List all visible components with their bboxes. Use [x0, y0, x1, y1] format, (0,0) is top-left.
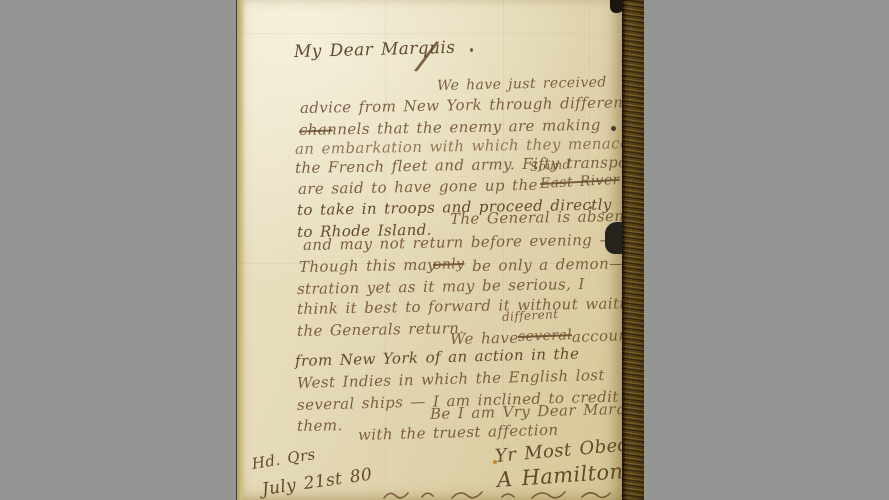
letter-line: We have just received [437, 74, 607, 94]
letter-line: advice from New York through different [300, 93, 622, 117]
book-binding-edge [622, 0, 644, 500]
inserted-word-different: different [502, 307, 559, 324]
closing-line: with the truest affection [358, 421, 559, 444]
cut-off-writing [382, 488, 622, 500]
ink-speck [589, 206, 592, 209]
date-line: July 21st 80 [261, 465, 374, 500]
struck-word: only [433, 256, 465, 273]
manuscript-photo: My Dear Marquis / We have just received … [0, 0, 889, 500]
letter-line: the Generals return. [297, 319, 465, 340]
inserted-word-sound: Sound [530, 157, 571, 174]
letter-line: accounts [572, 326, 622, 346]
struck-word: several [518, 327, 573, 345]
letter-line: think it best to forward it without wait… [297, 294, 622, 318]
letter-line: be only a demon— [472, 254, 622, 275]
letter-line: West Indies in which the English lost [297, 366, 605, 392]
ink-speck [470, 48, 473, 52]
letter-line: We have [450, 329, 519, 348]
dark-corner-mark [610, 0, 622, 13]
orange-speck [493, 460, 497, 464]
letter-line: stration yet as it may be serious, I [297, 275, 585, 298]
ink-blot [605, 222, 622, 254]
page-left-edge [237, 0, 245, 500]
letter-line: The General is absent [450, 207, 622, 228]
place-line: Hd. Qrs [251, 445, 317, 473]
letter-line: them. [297, 416, 343, 435]
letter-line: are said to have gone up the [298, 176, 538, 198]
letter-line: Though this may [299, 256, 436, 276]
struck-words: East River [540, 172, 620, 192]
ink-speck [611, 126, 616, 131]
letter-line: from New York of an action in the [295, 345, 580, 370]
letter-page: My Dear Marquis / We have just received … [237, 0, 622, 500]
